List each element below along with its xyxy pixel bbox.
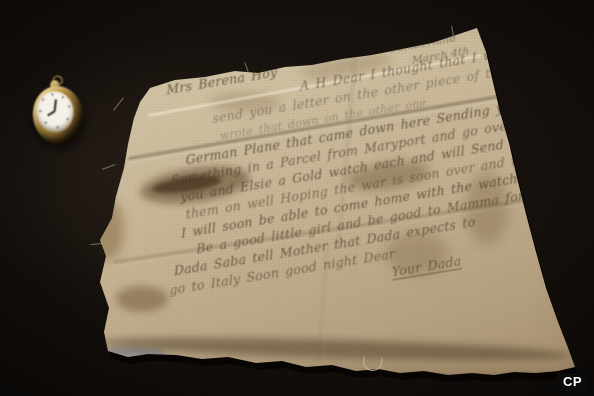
pocket-watch — [30, 83, 87, 147]
watch-numeral — [51, 93, 53, 95]
photo-credit: CP — [557, 373, 588, 391]
watch-numeral — [62, 96, 64, 98]
watch-numeral — [68, 105, 70, 107]
watch-numeral — [66, 118, 68, 120]
watch-numeral — [45, 121, 47, 123]
watch-numeral — [56, 126, 58, 128]
watch-hour-hand — [47, 111, 55, 117]
watch-numeral — [39, 110, 41, 112]
photo: Maryport Cumberland March 4th Mrs Berena… — [0, 0, 594, 396]
watch-numeral — [42, 99, 44, 101]
